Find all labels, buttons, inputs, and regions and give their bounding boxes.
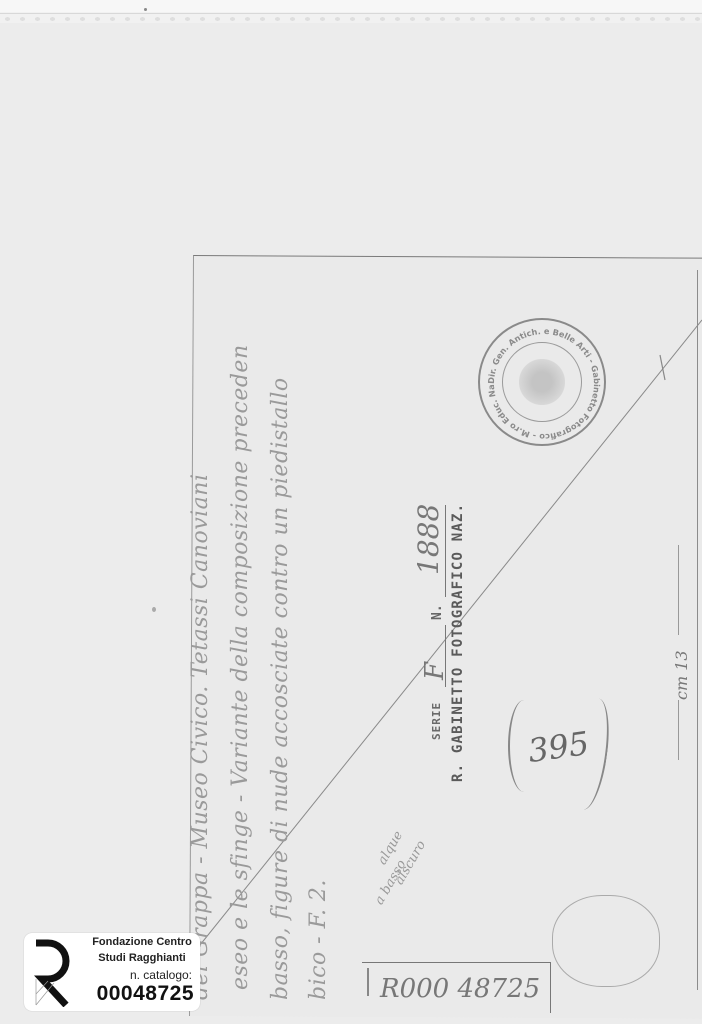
dust-speck [152,607,156,612]
handwritten-line-3: basso, figure di nude accosciate contro … [268,377,293,1000]
number-label: N. [430,604,445,620]
serie-label: SERIE [430,702,443,740]
number-value: 1888 [412,504,445,575]
dimension-label: cm 13 [672,650,691,700]
scan-top-edge [0,0,702,12]
number-underline [445,505,446,597]
serie-value: F [420,662,450,680]
handwritten-line-1: del Grappa - Museo Civico. Tetassi Canov… [188,474,213,1001]
dimension-line-top [678,545,679,635]
stamp-inner-ring [502,342,582,422]
ragghianti-logo-icon [32,939,76,1007]
emblem-icon [519,359,565,405]
pencil-sketch-circle [552,895,660,987]
dust-speck [144,8,147,11]
inventory-box-left-stroke [367,968,369,996]
sticker-org-line2: Studi Ragghianti [84,952,200,964]
catalog-number-label: n. catalogo: [130,968,192,982]
sticker-org-line1: Fondazione Centro [84,936,200,948]
catalog-sticker: Fondazione Centro Studi Ragghianti n. ca… [24,933,200,1011]
card-right-edge [697,270,698,990]
handwritten-line-2: eseo e le sfinge - Variante della compos… [228,344,253,990]
handwritten-line-4: bico - F. 2. [306,879,331,1000]
catalog-number: 00048725 [97,982,194,1006]
dimension-line-bottom [678,700,679,760]
institution-label: R. GABINETTO FOTOGRAFICO NAZ. [450,503,466,782]
archive-stamp: Dir. Gen. Antich. e Belle Arti - Gabinet… [478,318,606,446]
inventory-code: R000 48725 [380,974,540,1004]
